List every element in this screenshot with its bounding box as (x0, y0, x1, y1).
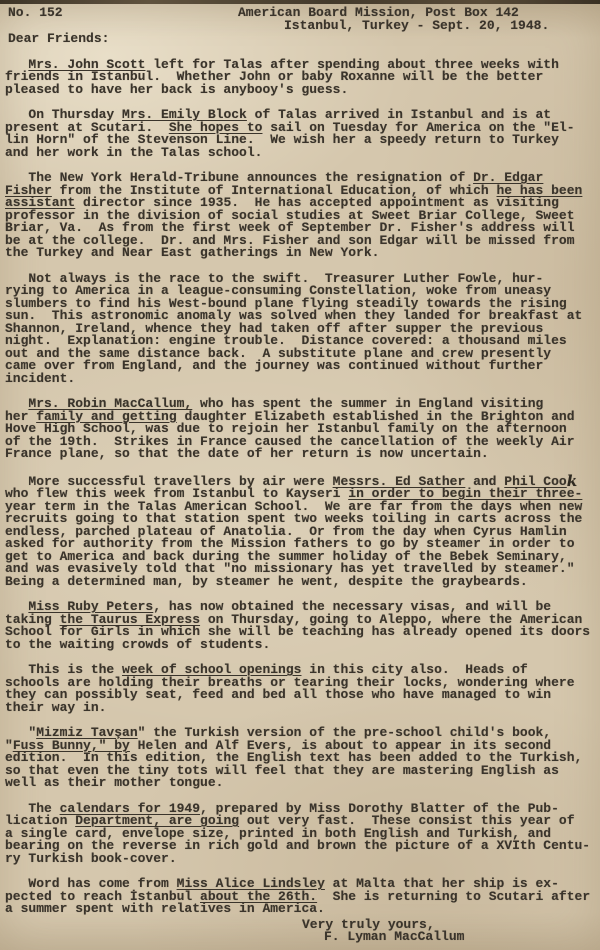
text-line: incident. (5, 373, 598, 386)
paragraph: The calendars for 1949, prepared by Miss… (5, 803, 598, 866)
text-line: the Turkey and Near East gatherings in N… (5, 247, 598, 260)
text-line: to the waiting crowds of students. (5, 639, 598, 652)
paragraph: "Mizmiz Tavşan" the Turkish version of t… (5, 727, 598, 790)
signature-name: F. Lyman MacCallum (324, 931, 598, 944)
text-line: and her work in the Talas school. (5, 147, 598, 160)
paragraph: More successful travellers by air were M… (5, 474, 598, 589)
text-line: Being a determined man, by steamer he we… (5, 576, 598, 589)
paragraph: Not always is the race to the swift. Tre… (5, 273, 598, 386)
letter-body: Mrs. John Scott left for Talas after spe… (5, 59, 598, 916)
paragraph: Miss Ruby Peters, has now obtained the n… (5, 601, 598, 651)
text-line: their way in. (5, 702, 598, 715)
text-line: came over from England, and the journey … (5, 360, 598, 373)
letter-document: No. 152 American Board Mission, Post Box… (0, 0, 600, 950)
paragraph: Mrs. Robin MacCallum, who has spent the … (5, 398, 598, 461)
text-line: France plane, so that the date of her re… (5, 448, 598, 461)
text-line: ry Turkish book-cover. (5, 853, 598, 866)
paragraph: The New York Herald-Tribune announces th… (5, 172, 598, 260)
letter-header-row-2: Istanbul, Turkey - Sept. 20, 1948. (5, 20, 598, 33)
text-line: a summer spent with relatives in America… (5, 903, 598, 916)
text-line: pleased to have her back is anybooy's gu… (5, 84, 598, 97)
paragraph: On Thursday Mrs. Emily Block of Talas ar… (5, 109, 598, 159)
handwritten-correction: k (567, 472, 577, 490)
letter-number: No. 152 (8, 7, 63, 20)
text-line: well as their mother tongue. (5, 777, 598, 790)
paragraph: This is the week of school openings in t… (5, 664, 598, 714)
date-line: Istanbul, Turkey - Sept. 20, 1948. (284, 20, 549, 33)
salutation: Dear Friends: (5, 33, 598, 46)
paragraph: Mrs. John Scott left for Talas after spe… (5, 59, 598, 97)
paragraph: Word has come from Miss Alice Lindsley a… (5, 878, 598, 916)
